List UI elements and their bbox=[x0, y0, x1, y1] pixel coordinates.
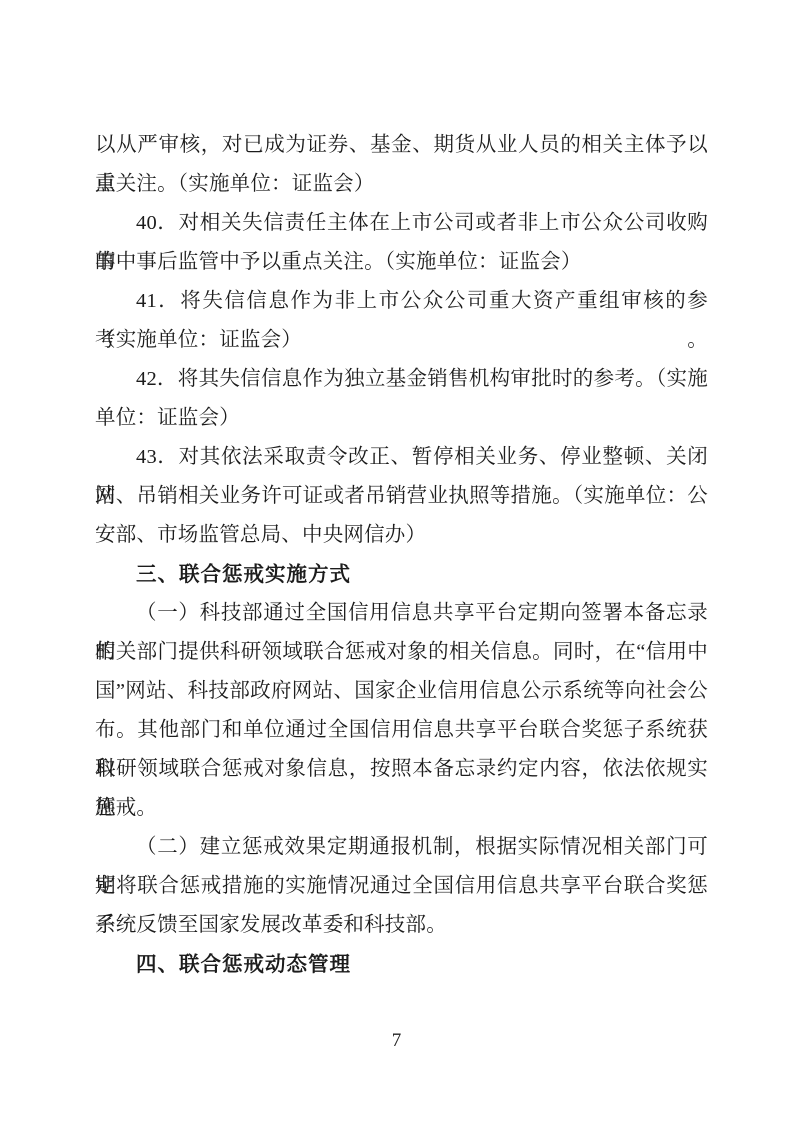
text-line: 43．对其依法采取责令改正、暂停相关业务、停业整顿、关闭网 bbox=[95, 438, 708, 477]
text-line: 惩戒。 bbox=[95, 789, 708, 828]
text-line: 期将联合惩戒措施的实施情况通过全国信用信息共享平台联合奖惩子 bbox=[95, 867, 708, 906]
text-line: 单位：证监会） bbox=[95, 399, 708, 438]
text-line: 41．将失信信息作为非上市公众公司重大资产重组审核的参考。 bbox=[95, 282, 708, 321]
document-body: 以从严审核，对已成为证券、基金、期货从业人员的相关主体予以重 点关注。（实施单位… bbox=[95, 126, 708, 984]
text-line: 以从严审核，对已成为证券、基金、期货从业人员的相关主体予以重 bbox=[95, 126, 708, 165]
text-line: 安部、市场监管总局、中央网信办） bbox=[95, 516, 708, 555]
text-line: 点关注。（实施单位：证监会） bbox=[95, 165, 708, 204]
text-line: 国”网站、科技部政府网站、国家企业信用信息公示系统等向社会公 bbox=[95, 672, 708, 711]
text-line: 相关部门提供科研领域联合惩戒对象的相关信息。同时，在“信用中 bbox=[95, 633, 708, 672]
document-page: 以从严审核，对已成为证券、基金、期货从业人员的相关主体予以重 点关注。（实施单位… bbox=[0, 0, 793, 1122]
text-line: 40．对相关失信责任主体在上市公司或者非上市公众公司收购的 bbox=[95, 204, 708, 243]
text-line: 站、吊销相关业务许可证或者吊销营业执照等措施。（实施单位：公 bbox=[95, 477, 708, 516]
section-heading: 三、联合惩戒实施方式 bbox=[95, 555, 708, 594]
text-line: 42．将其失信信息作为独立基金销售机构审批时的参考。（实施 bbox=[95, 360, 708, 399]
text-line: 布。其他部门和单位通过全国信用信息共享平台联合奖惩子系统获取 bbox=[95, 711, 708, 750]
text-line: 科研领域联合惩戒对象信息，按照本备忘录约定内容，依法依规实施 bbox=[95, 750, 708, 789]
text-line: 系统反馈至国家发展改革委和科技部。 bbox=[95, 906, 708, 945]
text-line: 事中事后监管中予以重点关注。（实施单位：证监会） bbox=[95, 243, 708, 282]
text-line: （二）建立惩戒效果定期通报机制，根据实际情况相关部门可定 bbox=[95, 828, 708, 867]
page-number: 7 bbox=[0, 1030, 793, 1052]
section-heading: 四、联合惩戒动态管理 bbox=[95, 945, 708, 984]
text-line: （一）科技部通过全国信用信息共享平台定期向签署本备忘录的 bbox=[95, 594, 708, 633]
